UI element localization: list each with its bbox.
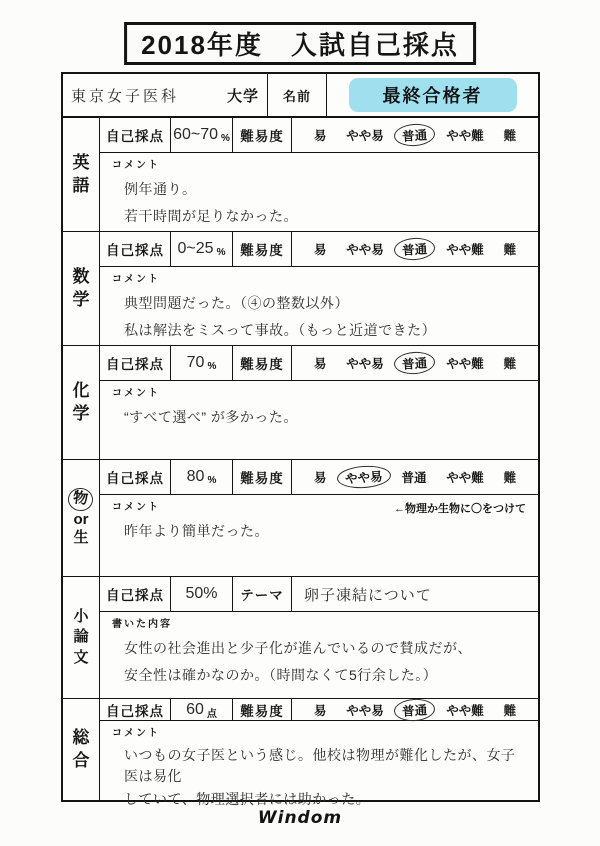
self-score-label: 自己採点 <box>100 232 171 266</box>
row-math: 数学 自己採点 0~25 % 難易度 易 やや易 普通 やや難 難 <box>63 232 538 346</box>
written-content-label: 書いた内容 <box>112 615 528 630</box>
difficulty-option: やや難 <box>444 700 486 720</box>
difficulty-option: やや易 <box>344 125 386 145</box>
row-chemistry: 化学 自己採点 70 % 難易度 易 やや易 普通 やや難 難 <box>63 346 538 460</box>
score-unit: % <box>207 475 216 486</box>
comment-line: 典型問題だった。（④の整数以外） <box>124 293 528 314</box>
row-essay: 小論文 自己採点 50% テーマ 卵子凍結について 書いた内容 女性の社会進出と… <box>63 577 538 699</box>
difficulty-option: やや難 <box>444 353 486 373</box>
comment-line: 女性の社会進出と少子化が進んでいるので賛成だが、 <box>124 638 528 659</box>
difficulty-option: やや難 <box>444 239 486 259</box>
comment-area: コメント 例年通り。 若干時間が足りなかった。 <box>100 153 538 231</box>
difficulty-option: 普通 <box>394 123 436 148</box>
badge-cell: 最終合格者 <box>327 74 538 116</box>
footer-logo: Windom <box>0 808 600 828</box>
score-value: 80 <box>187 468 205 486</box>
difficulty-label: 難易度 <box>233 118 292 152</box>
self-score-label: 自己採点 <box>100 118 171 152</box>
score-unit: 点 <box>207 705 217 720</box>
row-english: 英語 自己採点 60~70 % 難易度 易 やや易 普通 やや難 難 <box>63 118 538 232</box>
score-cell: 0~25 % <box>171 232 233 266</box>
comment-line: いつもの女子医という感じ。他校は物理が難化したが、女子医は易化 <box>124 745 528 787</box>
self-score-label: 自己採点 <box>100 460 171 494</box>
difficulty-option: 易 <box>312 700 329 720</box>
header-row: 東京女子医科 大学 名前 最終合格者 <box>63 74 538 118</box>
self-score-label: 自己採点 <box>100 577 171 611</box>
comment-label: コメント <box>112 384 528 399</box>
self-score-label: 自己採点 <box>100 346 171 380</box>
difficulty-option: 普通 <box>394 697 436 722</box>
name-label: 名前 <box>268 74 327 116</box>
difficulty-option: 易 <box>312 467 329 487</box>
difficulty-options: 易 やや易 普通 やや難 難 <box>292 118 538 152</box>
row-overall: 総合 自己採点 60 点 難易度 易 やや易 普通 やや難 難 <box>63 699 538 800</box>
difficulty-options: 易 やや易 普通 やや難 難 <box>292 232 538 266</box>
difficulty-option: 易 <box>312 125 329 145</box>
comment-line: していて、物理選択者には助かった。 <box>124 789 528 810</box>
difficulty-option: やや易 <box>344 239 386 259</box>
school-cell: 東京女子医科 大学 <box>63 74 268 116</box>
theme-value: 卵子凍結について <box>304 584 432 605</box>
score-unit: % <box>221 133 230 144</box>
difficulty-option: 普通 <box>394 351 436 376</box>
difficulty-option: 易 <box>312 353 329 373</box>
subject-label: 英語 <box>63 118 100 231</box>
comment-line: 安全性は確かなのか。（時間なくて5行余した。） <box>124 665 528 686</box>
comment-line: “すべて選べ” が多かった。 <box>124 407 528 428</box>
difficulty-option: 難 <box>502 353 519 373</box>
self-score-label: 自己採点 <box>100 699 171 720</box>
score-value: 70 <box>187 354 205 372</box>
comment-area: コメント 典型問題だった。（④の整数以外） 私は解法をミスって事故。（もっと近道… <box>100 267 538 345</box>
comment-label: コメント <box>112 156 528 171</box>
score-cell: 60~70 % <box>171 118 233 152</box>
score-value: 50% <box>185 585 217 603</box>
difficulty-option: やや易 <box>344 700 386 720</box>
comment-area: コメント “すべて選べ” が多かった。 <box>100 381 538 459</box>
subject-or: or <box>73 511 88 530</box>
difficulty-label: 難易度 <box>233 460 292 494</box>
subject-label: 小論文 <box>63 577 100 698</box>
comment-area: コメント ←物理か生物に〇をつけて 昨年より簡単だった。 <box>100 495 538 576</box>
subject-biology: 生 <box>73 529 88 548</box>
result-badge: 最終合格者 <box>349 78 517 112</box>
score-cell: 80 % <box>171 460 233 494</box>
difficulty-option: 普通 <box>394 237 436 262</box>
difficulty-option: 難 <box>502 467 519 487</box>
score-unit: % <box>207 361 216 372</box>
score-cell: 50% <box>171 577 233 611</box>
theme-label: テーマ <box>233 577 292 611</box>
subject-circled-choice: 物 <box>67 487 94 512</box>
written-content-area: 書いた内容 女性の社会進出と少子化が進んでいるので賛成だが、 安全性は確かなのか… <box>100 612 538 698</box>
physics-bio-note: ←物理か生物に〇をつけて <box>394 500 526 516</box>
difficulty-option: やや難 <box>444 125 486 145</box>
comment-label: コメント <box>112 270 528 285</box>
theme-cell: 卵子凍結について <box>292 577 538 611</box>
difficulty-option: やや易 <box>344 353 386 373</box>
difficulty-option: 難 <box>502 239 519 259</box>
subject-label: 化学 <box>63 346 100 459</box>
score-cell: 60 点 <box>171 699 233 720</box>
difficulty-label: 難易度 <box>233 699 292 720</box>
difficulty-option: 難 <box>502 700 519 720</box>
comment-line: 私は解法をミスって事故。（もっと近道できた） <box>124 320 528 341</box>
page-title: 2018年度 入試自己採点 <box>124 22 476 65</box>
comment-label: コメント <box>112 724 528 739</box>
score-cell: 70 % <box>171 346 233 380</box>
score-value: 0~25 <box>178 240 214 258</box>
difficulty-options: 易 やや易 普通 やや難 難 <box>292 346 538 380</box>
difficulty-label: 難易度 <box>233 346 292 380</box>
score-unit: % <box>217 247 226 258</box>
difficulty-options: 易 やや易 普通 やや難 難 <box>292 699 538 720</box>
form-table: 東京女子医科 大学 名前 最終合格者 英語 自己採点 60~70 % 難易 <box>61 72 540 802</box>
difficulty-label: 難易度 <box>233 232 292 266</box>
comment-line: 昨年より簡単だった。 <box>124 521 528 542</box>
difficulty-option: 難 <box>502 125 519 145</box>
comment-line: 例年通り。 <box>124 179 528 200</box>
subject-label: 総合 <box>63 699 100 800</box>
comment-area: コメント いつもの女子医という感じ。他校は物理が難化したが、女子医は易化 してい… <box>100 721 538 812</box>
difficulty-option: 普通 <box>399 467 428 487</box>
score-value: 60~70 <box>173 126 218 144</box>
subject-label: 物 or 生 <box>63 460 100 576</box>
subject-label: 数学 <box>63 232 100 345</box>
difficulty-option: 易 <box>312 239 329 259</box>
score-sheet: 2018年度 入試自己採点 東京女子医科 大学 名前 最終合格者 英語 自己採点 <box>0 0 600 846</box>
difficulty-option: やや難 <box>444 467 486 487</box>
school-suffix-label: 大学 <box>227 85 259 106</box>
row-physics-or-biology: 物 or 生 自己採点 80 % 難易度 易 やや易 普通 <box>63 460 538 577</box>
difficulty-options: 易 やや易 普通 やや難 難 <box>292 460 538 494</box>
score-value: 60 <box>186 701 204 719</box>
school-name-handwritten: 東京女子医科 <box>71 85 227 106</box>
difficulty-option: やや易 <box>336 464 391 490</box>
comment-line: 若干時間が足りなかった。 <box>124 206 528 227</box>
